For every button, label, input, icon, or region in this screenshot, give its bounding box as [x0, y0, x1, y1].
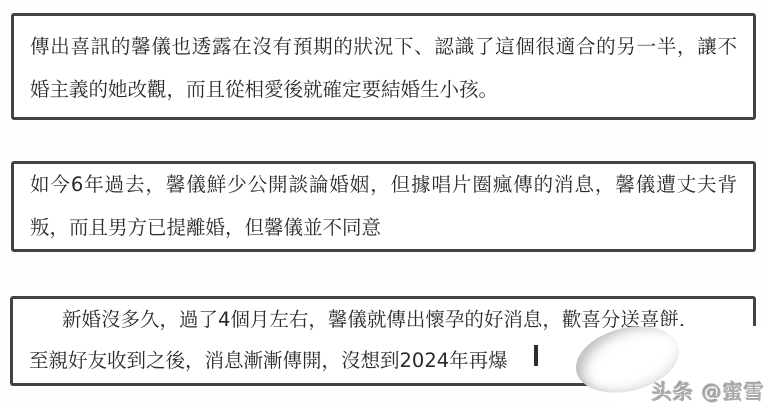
- paragraph-line: 叛，而且男方已提離婚，但馨儀並不同意: [30, 207, 737, 250]
- partial-truncated-glyph: [534, 345, 538, 366]
- text-box-2: 如今6年過去，馨儀鮮少公開談論婚姻，但據唱片圈瘋傳的消息，馨儀遭丈夫背 叛，而且…: [11, 161, 756, 252]
- paragraph-line: 婚主義的她改觀，而且從相愛後就確定要結婚生小孩。: [30, 68, 737, 111]
- paragraph-line: 傳出喜訊的馨儀也透露在沒有預期的狀況下、認識了這個很適合的另一半，讓不: [30, 25, 737, 68]
- text-box-1: 傳出喜訊的馨儀也透露在沒有預期的狀況下、認識了這個很適合的另一半，讓不 婚主義的…: [11, 13, 756, 120]
- article-image: 傳出喜訊的馨儀也透露在沒有預期的狀況下、認識了這個很適合的另一半，讓不 婚主義的…: [0, 0, 767, 409]
- paragraph-line: 如今6年過去，馨儀鮮少公開談論婚姻，但據唱片圈瘋傳的消息，馨儀遭丈夫背: [30, 164, 737, 207]
- toutiao-watermark: 头条 @蜜雪: [652, 376, 765, 405]
